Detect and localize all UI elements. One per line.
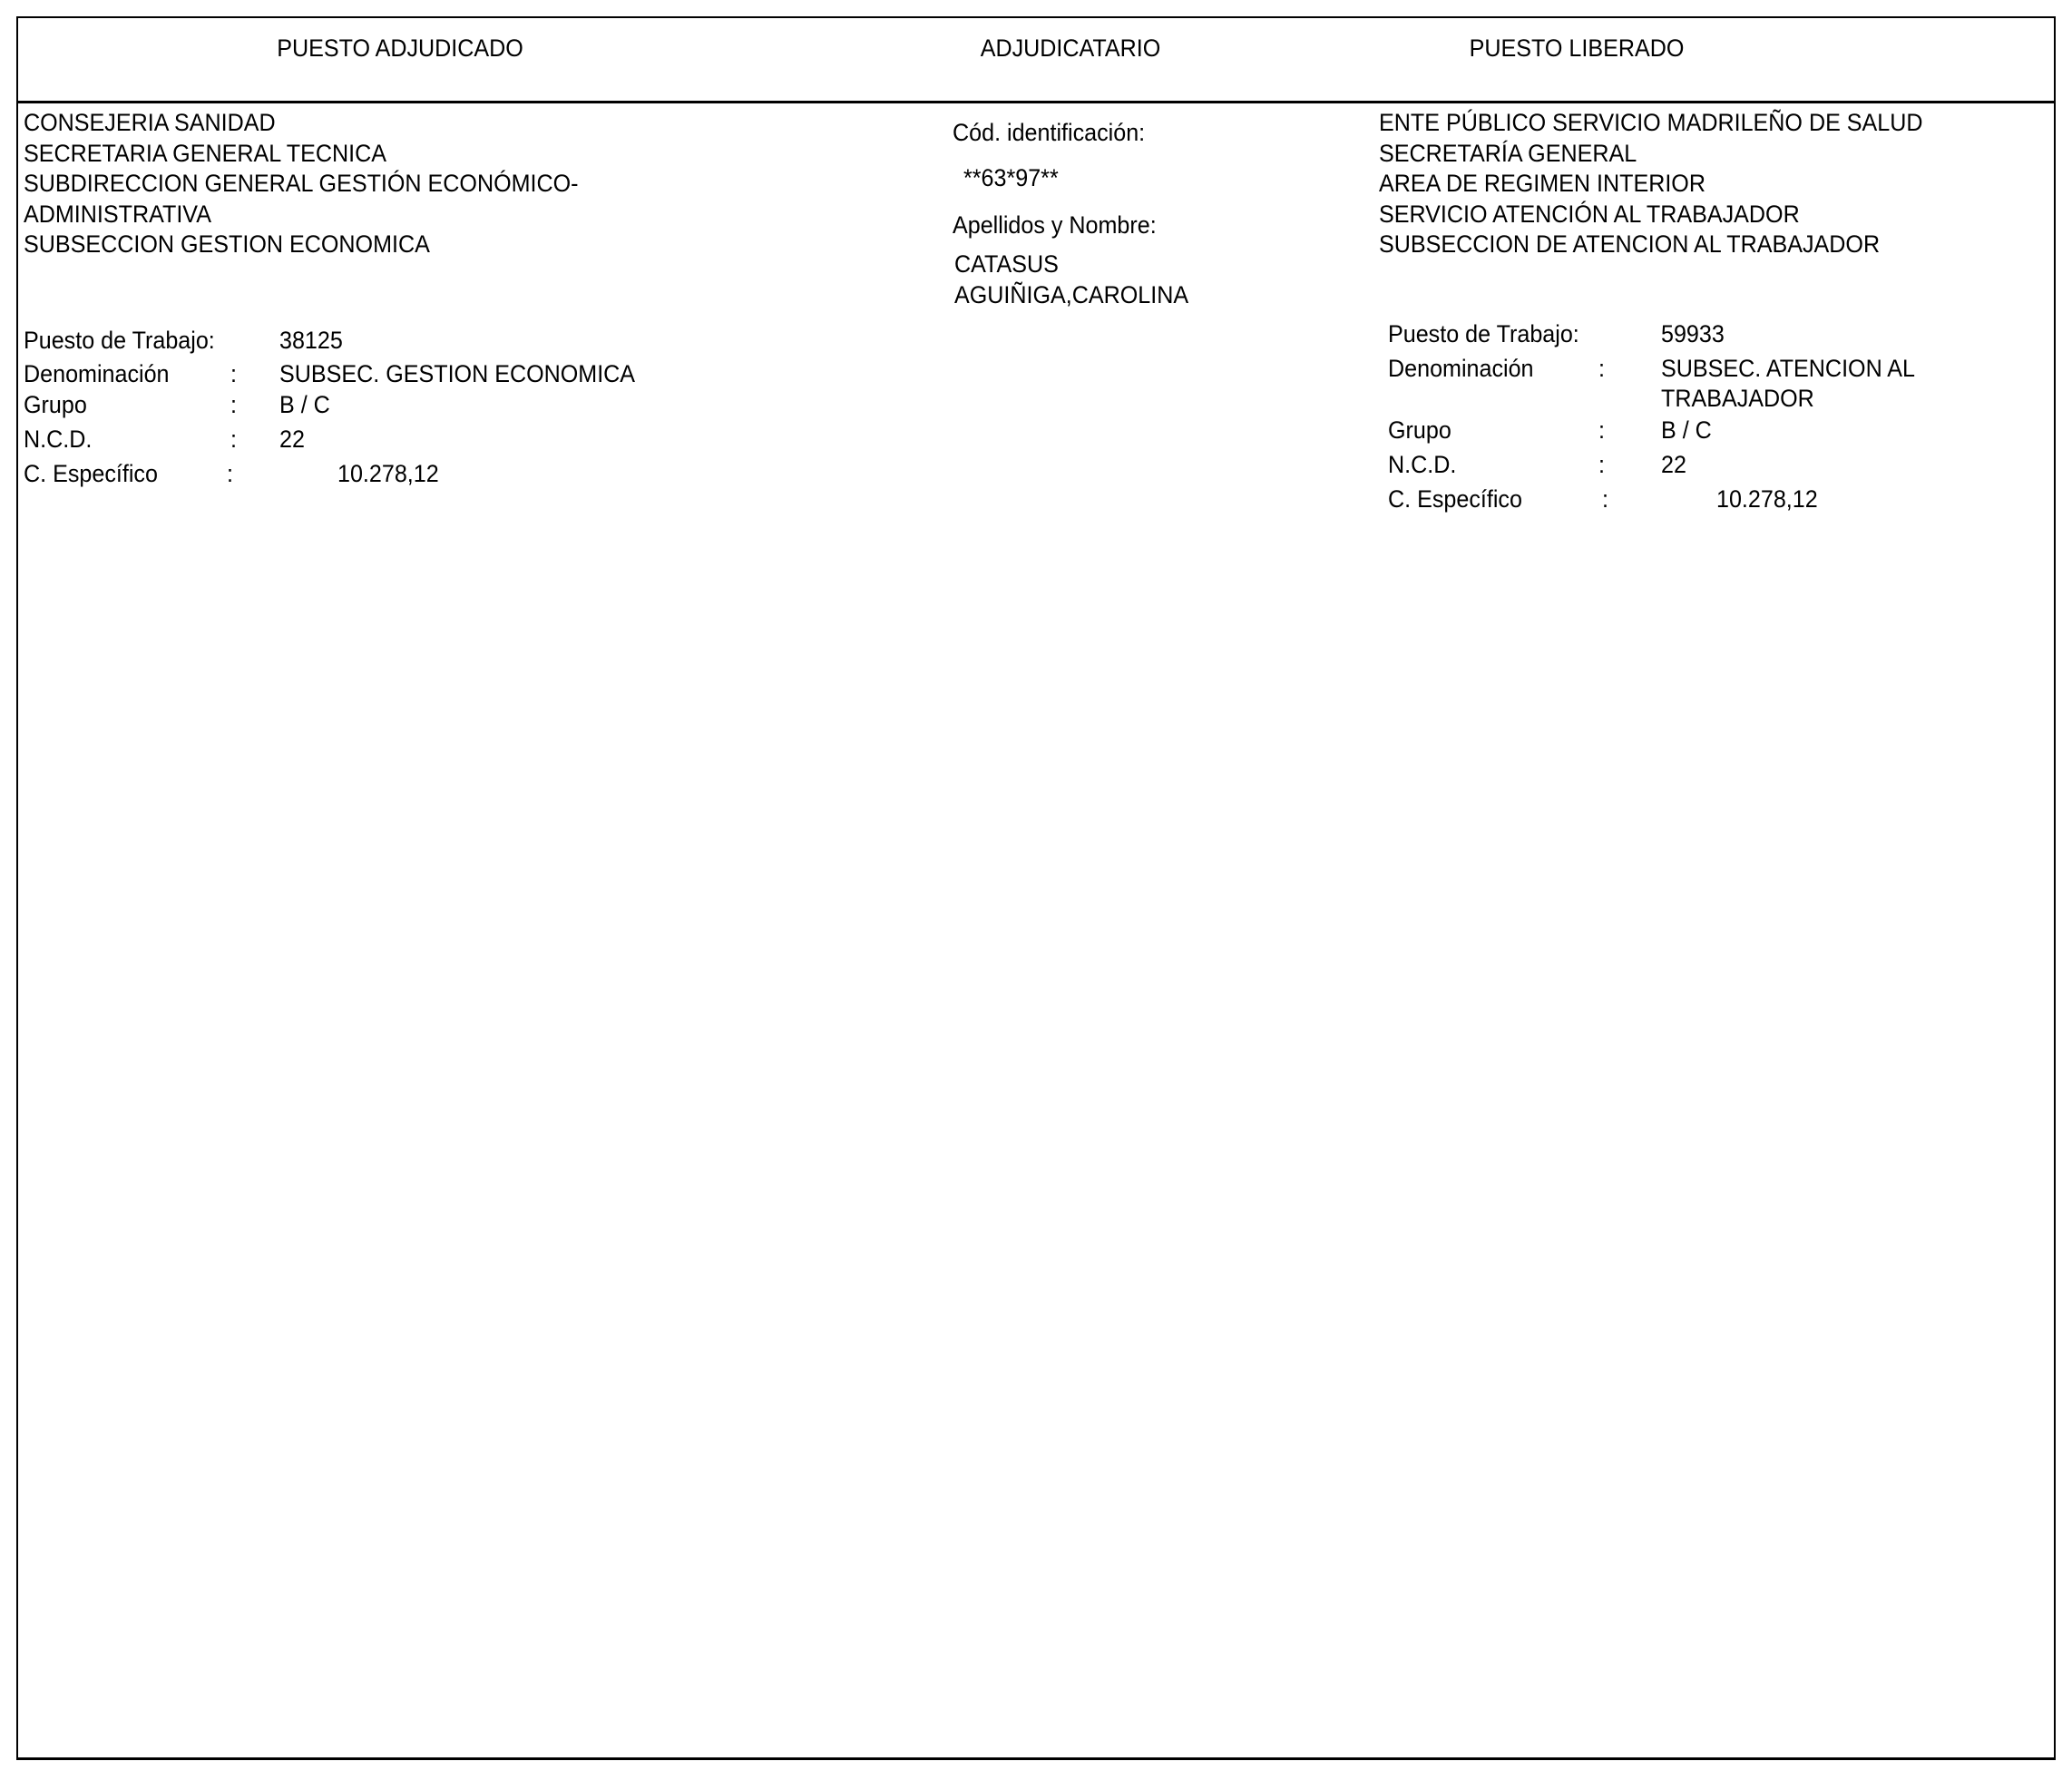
field-colon: : bbox=[230, 389, 237, 420]
header-adjudicatario: ADJUDICATARIO bbox=[981, 33, 1161, 64]
cod-identificacion-label: Cód. identificación: bbox=[953, 117, 1145, 148]
header-divider bbox=[16, 101, 2056, 103]
field-value: 38125 bbox=[279, 325, 343, 356]
field-label: N.C.D. bbox=[1388, 449, 1456, 480]
field-value: SUBSEC. ATENCION AL bbox=[1661, 353, 1915, 384]
field-label: C. Específico bbox=[1388, 484, 1522, 514]
field-value: 22 bbox=[1661, 449, 1686, 480]
field-value: 10.278,12 bbox=[1716, 484, 1818, 514]
field-label: Grupo bbox=[1388, 415, 1451, 445]
liberado-organization: ENTE PÚBLICO SERVICIO MADRILEÑO DE SALUD… bbox=[1379, 108, 1964, 260]
field-colon: : bbox=[227, 458, 233, 489]
field-value: B / C bbox=[279, 389, 330, 420]
field-colon: : bbox=[1598, 353, 1605, 384]
field-label: Denominación bbox=[24, 358, 170, 389]
field-label: Grupo bbox=[24, 389, 87, 420]
field-label: C. Específico bbox=[24, 458, 158, 489]
field-colon: : bbox=[230, 358, 237, 389]
field-value: TRABAJADOR bbox=[1661, 383, 1814, 414]
field-label: Puesto de Trabajo: bbox=[1388, 318, 1579, 349]
field-value: 22 bbox=[279, 424, 305, 455]
adjudicado-organization: CONSEJERIA SANIDAD SECRETARIA GENERAL TE… bbox=[24, 108, 621, 260]
org-line: SUBSECCION GESTION ECONOMICA bbox=[24, 230, 579, 260]
apellidos-nombre-label: Apellidos y Nombre: bbox=[953, 210, 1157, 240]
field-colon: : bbox=[1598, 449, 1605, 480]
cod-identificacion-value: **63*97** bbox=[963, 162, 1059, 193]
org-line: SUBDIRECCION GENERAL GESTIÓN ECONÓMICO- bbox=[24, 169, 579, 200]
org-line: SECRETARÍA GENERAL bbox=[1379, 139, 1923, 170]
org-line: SERVICIO ATENCIÓN AL TRABAJADOR bbox=[1379, 200, 1923, 230]
name-line: AGUIÑIGA,CAROLINA bbox=[954, 280, 1188, 311]
field-colon: : bbox=[230, 424, 237, 455]
adjudicatario-name: CATASUS AGUIÑIGA,CAROLINA bbox=[954, 250, 1207, 310]
org-line: ADMINISTRATIVA bbox=[24, 200, 579, 230]
org-line: CONSEJERIA SANIDAD bbox=[24, 108, 579, 139]
field-value: SUBSEC. GESTION ECONOMICA bbox=[279, 358, 635, 389]
org-line: SECRETARIA GENERAL TECNICA bbox=[24, 139, 579, 170]
org-line: AREA DE REGIMEN INTERIOR bbox=[1379, 169, 1923, 200]
header-puesto-adjudicado: PUESTO ADJUDICADO bbox=[277, 33, 523, 64]
name-line: CATASUS bbox=[954, 250, 1188, 280]
org-line: SUBSECCION DE ATENCION AL TRABAJADOR bbox=[1379, 230, 1923, 260]
header-puesto-liberado: PUESTO LIBERADO bbox=[1470, 33, 1685, 64]
field-value: 59933 bbox=[1661, 318, 1725, 349]
org-line: ENTE PÚBLICO SERVICIO MADRILEÑO DE SALUD bbox=[1379, 108, 1923, 139]
field-label: N.C.D. bbox=[24, 424, 92, 455]
field-label: Denominación bbox=[1388, 353, 1534, 384]
field-label: Puesto de Trabajo: bbox=[24, 325, 215, 356]
field-colon: : bbox=[1598, 415, 1605, 445]
field-value: B / C bbox=[1661, 415, 1712, 445]
field-colon: : bbox=[1602, 484, 1608, 514]
field-value: 10.278,12 bbox=[337, 458, 439, 489]
